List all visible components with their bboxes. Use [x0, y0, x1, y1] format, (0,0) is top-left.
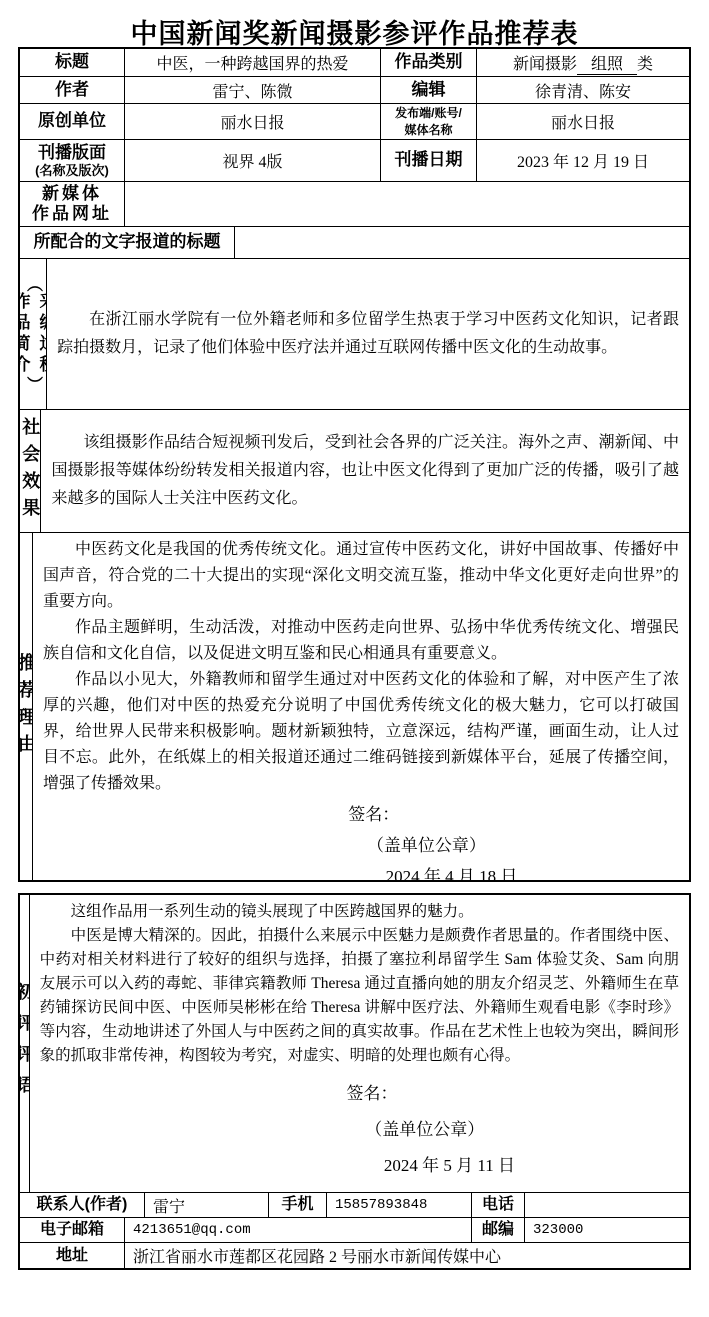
row-intro: （ 作品简介 采编过程 ） 在浙江丽水学院有一位外籍老师和多位留学生热衷于学习中…	[20, 259, 689, 410]
platform-label-line1: 发布端/账号/	[395, 105, 462, 121]
intro-text-cell: 在浙江丽水学院有一位外籍老师和多位留学生热衷于学习中医药文化知识，记者跟踪拍摄数…	[47, 259, 689, 409]
recommend-label: 推荐理由	[20, 653, 33, 761]
textreport-label: 所配合的文字报道的标题	[34, 232, 221, 252]
row-contact-address: 地址 浙江省丽水市莲都区花园路 2 号丽水市新闻传媒中心	[20, 1243, 689, 1268]
social-paragraph: 该组摄影作品结合短视频刊发后，受到社会各界的广泛关注。海外之声、潮新闻、中国摄影…	[51, 429, 679, 513]
postcode-label: 邮编	[482, 1220, 514, 1239]
row-origin: 原创单位 丽水日报 发布端/账号/ 媒体名称 丽水日报	[20, 104, 689, 140]
phone-label-cell: 电话	[472, 1193, 525, 1217]
mobile-label: 手机	[281, 1195, 313, 1214]
review-label: 初评评语	[20, 982, 30, 1106]
newmedia-label-line1: 新媒体	[42, 184, 102, 204]
phone-value-cell	[525, 1193, 689, 1217]
review-seal-note: （盖单位公章）	[347, 1112, 679, 1148]
row-social: 社会效果 该组摄影作品结合短视频刊发后，受到社会各界的广泛关注。海外之声、潮新闻…	[20, 410, 689, 533]
pubdate-value-cell: 2023 年 12 月 19 日	[477, 140, 689, 181]
newmedia-label-line2: 作品网址	[32, 204, 112, 224]
row-contact-email: 电子邮箱 4213651@qq.com 邮编 323000	[20, 1218, 689, 1243]
title-value-cell: 中医，一种跨越国界的热爱	[125, 49, 381, 76]
row-contact-person: 联系人(作者) 雷宁 手机 15857893848 电话	[20, 1193, 689, 1218]
postcode-label-cell: 邮编	[472, 1218, 525, 1242]
address-label-cell: 地址	[20, 1243, 125, 1268]
edition-label-cell: 刊播版面 (名称及版次)	[20, 140, 125, 181]
recommend-signature-block: 签名： （盖单位公章） 2024 年 4 月 18 日	[348, 799, 679, 880]
textreport-label-cell: 所配合的文字报道的标题	[20, 227, 235, 258]
platform-value: 丽水日报	[551, 110, 615, 133]
email-label-cell: 电子邮箱	[20, 1218, 125, 1242]
contact-person-label-cell: 联系人(作者)	[20, 1193, 145, 1217]
intro-open-bracket: （	[25, 276, 41, 292]
recommend-text-cell: 中医药文化是我国的优秀传统文化。通过宣传中医药文化，讲好中国故事、传播好中国声音…	[33, 533, 689, 880]
author-value-cell: 雷宁、陈微	[125, 77, 381, 103]
email-value: 4213651@qq.com	[133, 1222, 251, 1238]
category-label: 作品类别	[395, 52, 463, 72]
edition-label-line1: 刊播版面	[38, 143, 106, 163]
platform-label-line2: 媒体名称	[404, 122, 452, 138]
recommend-paragraph-1: 中医药文化是我国的优秀传统文化。通过宣传中医药文化，讲好中国故事、传播好中国声音…	[43, 537, 679, 615]
row-author: 作者 雷宁、陈微 编辑 徐青清、陈安	[20, 77, 689, 104]
editor-value: 徐青清、陈安	[535, 79, 631, 102]
recommend-label-cell: 推荐理由	[20, 533, 33, 880]
review-table: 初评评语 这组作品用一系列生动的镜头展现了中医跨越国界的魅力。 中医是博大精深的…	[18, 893, 691, 1270]
recommend-sign-label: 签名：	[348, 799, 679, 830]
row-title: 标题 中医，一种跨越国界的热爱 作品类别 新闻摄影 组照 类	[20, 49, 689, 77]
address-value-cell: 浙江省丽水市莲都区花园路 2 号丽水市新闻传媒中心	[125, 1243, 689, 1268]
recommend-paragraph-3: 作品以小见大，外籍教师和留学生通过对中医药文化的体验和了解，对中医产生了浓厚的兴…	[43, 667, 679, 797]
email-label: 电子邮箱	[40, 1220, 104, 1239]
recommend-sign-date: 2024 年 4 月 18 日	[348, 861, 679, 880]
origin-label-cell: 原创单位	[20, 104, 125, 139]
editor-label: 编辑	[412, 80, 446, 100]
review-label-cell: 初评评语	[20, 895, 30, 1192]
editor-value-cell: 徐青清、陈安	[477, 77, 689, 103]
pubdate-label-cell: 刊播日期	[381, 140, 477, 181]
recommend-paragraph-2: 作品主题鲜明，生动活泼，对推动中医药走向世界、弘扬中华优秀传统文化、增强民族自信…	[43, 615, 679, 667]
category-label-cell: 作品类别	[381, 49, 477, 76]
intro-label-col2: 采编过程	[34, 292, 48, 376]
mobile-value: 15857893848	[335, 1197, 427, 1213]
author-label-cell: 作者	[20, 77, 125, 103]
title-label: 标题	[55, 52, 89, 72]
contact-person-value-cell: 雷宁	[145, 1193, 269, 1217]
mobile-label-cell: 手机	[269, 1193, 327, 1217]
review-paragraph-2: 中医是博大精深的。因此，拍摄什么来展示中医魅力是颇费作者思量的。作者围绕中医、中…	[40, 924, 679, 1068]
review-text-cell: 这组作品用一系列生动的镜头展现了中医跨越国界的魅力。 中医是博大精深的。因此，拍…	[30, 895, 689, 1192]
textreport-value-cell	[235, 227, 689, 258]
edition-value: 视界 4版	[222, 149, 282, 172]
review-signature-block: 签名： （盖单位公章） 2024 年 5 月 11 日	[347, 1076, 679, 1184]
edition-value-cell: 视界 4版	[125, 140, 381, 181]
category-prefix: 新闻摄影	[513, 51, 577, 74]
pubdate-value: 2023 年 12 月 19 日	[517, 149, 649, 172]
recommend-seal-note: （盖单位公章）	[348, 830, 679, 861]
social-label-cell: 社会效果	[20, 410, 41, 532]
email-value-cell: 4213651@qq.com	[125, 1218, 472, 1242]
category-suffix: 类	[637, 51, 653, 74]
platform-label-cell: 发布端/账号/ 媒体名称	[381, 104, 477, 139]
author-value: 雷宁、陈微	[212, 79, 292, 102]
intro-close-bracket: ）	[25, 376, 41, 392]
address-value: 浙江省丽水市莲都区花园路 2 号丽水市新闻传媒中心	[133, 1244, 501, 1267]
newmedia-value-cell	[125, 182, 689, 226]
platform-value-cell: 丽水日报	[477, 104, 689, 139]
intro-label-col1: 作品简介	[20, 292, 33, 376]
author-label: 作者	[55, 80, 89, 100]
recommendation-form-page: 中国新闻奖新闻摄影参评作品推荐表 标题 中医，一种跨越国界的热爱 作品类别 新闻…	[0, 0, 709, 1317]
newmedia-label-cell: 新媒体 作品网址	[20, 182, 125, 226]
row-edition: 刊播版面 (名称及版次) 视界 4版 刊播日期 2023 年 12 月 19 日	[20, 140, 689, 182]
address-label: 地址	[56, 1246, 88, 1265]
social-text-cell: 该组摄影作品结合短视频刊发后，受到社会各界的广泛关注。海外之声、潮新闻、中国摄影…	[41, 410, 689, 532]
review-sign-label: 签名：	[347, 1076, 679, 1112]
row-recommend: 推荐理由 中医药文化是我国的优秀传统文化。通过宣传中医药文化，讲好中国故事、传播…	[20, 533, 689, 880]
origin-value-cell: 丽水日报	[125, 104, 381, 139]
title-value: 中医，一种跨越国界的热爱	[156, 51, 348, 74]
origin-value: 丽水日报	[220, 110, 284, 133]
pubdate-label: 刊播日期	[395, 150, 463, 170]
contact-person-value: 雷宁	[153, 1194, 185, 1217]
row-review: 初评评语 这组作品用一系列生动的镜头展现了中医跨越国界的魅力。 中医是博大精深的…	[20, 895, 689, 1193]
mobile-value-cell: 15857893848	[327, 1193, 472, 1217]
phone-label: 电话	[482, 1195, 514, 1214]
intro-label-cell: （ 作品简介 采编过程 ）	[20, 259, 47, 409]
category-fill-blank: 组照	[577, 51, 637, 75]
postcode-value: 323000	[533, 1222, 583, 1238]
review-sign-date: 2024 年 5 月 11 日	[347, 1148, 679, 1184]
row-textreport: 所配合的文字报道的标题	[20, 227, 689, 259]
category-value-cell: 新闻摄影 组照 类	[477, 49, 689, 76]
social-label: 社会效果	[20, 417, 41, 525]
review-paragraph-1: 这组作品用一系列生动的镜头展现了中医跨越国界的魅力。	[40, 900, 679, 924]
title-label-cell: 标题	[20, 49, 125, 76]
page-title: 中国新闻奖新闻摄影参评作品推荐表	[0, 12, 709, 51]
intro-paragraph: 在浙江丽水学院有一位外籍老师和多位留学生热衷于学习中医药文化知识，记者跟踪拍摄数…	[57, 306, 679, 362]
postcode-value-cell: 323000	[525, 1218, 689, 1242]
origin-label: 原创单位	[38, 111, 106, 131]
info-table: 标题 中医，一种跨越国界的热爱 作品类别 新闻摄影 组照 类 作者 雷宁、陈微 …	[18, 47, 691, 882]
editor-label-cell: 编辑	[381, 77, 477, 103]
contact-person-label: 联系人(作者)	[37, 1195, 128, 1214]
row-newmedia: 新媒体 作品网址	[20, 182, 689, 227]
intro-label-columns: 作品简介 采编过程	[20, 292, 47, 376]
edition-label-line2: (名称及版次)	[35, 163, 109, 179]
